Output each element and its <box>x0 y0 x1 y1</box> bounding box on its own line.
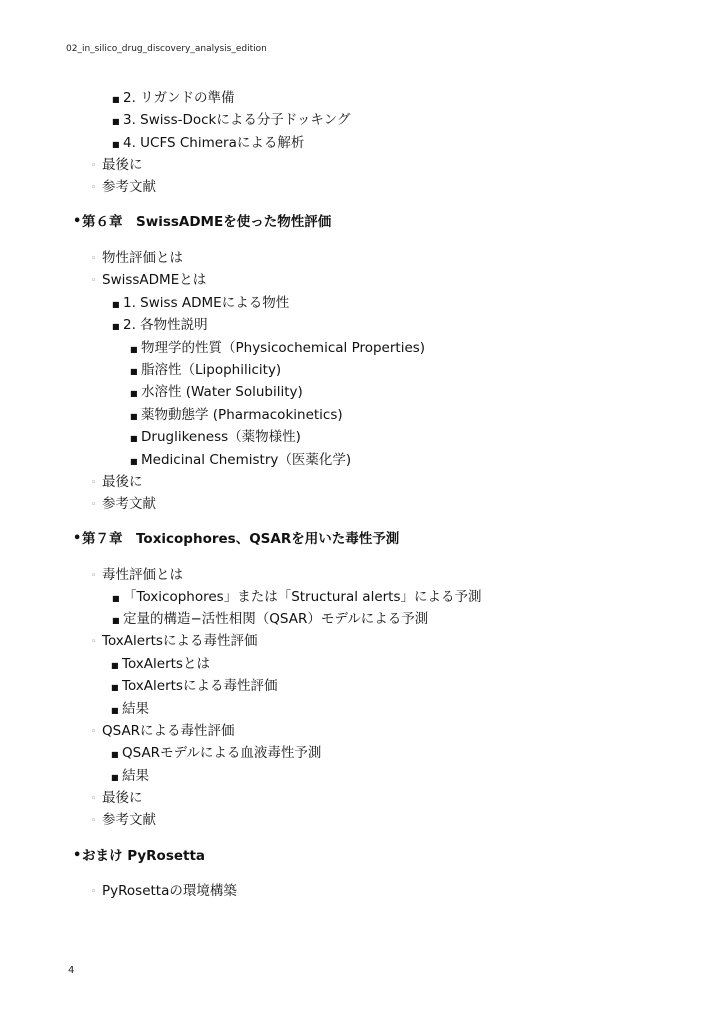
toc-subitem[interactable]: ■Medicinal Chemistry（医薬化学) <box>141 451 351 469</box>
toc-item[interactable]: ■結果 <box>122 700 149 718</box>
square-bullet-icon: ■ <box>130 453 138 471</box>
toc-subitem[interactable]: ■薬物動態学 (Pharmacokinetics) <box>141 406 343 424</box>
toc-chapter-7[interactable]: •第７章 Toxicophores、QSARを用いた毒性予測 <box>82 530 399 548</box>
dot-bullet-icon: • <box>73 530 81 548</box>
square-bullet-icon: ■ <box>130 363 138 381</box>
square-bullet-icon: ■ <box>111 746 119 764</box>
circle-bullet-icon: ◦ <box>91 790 96 808</box>
toc-item[interactable]: ■定量的構造−活性相関（QSAR）モデルによる予測 <box>123 610 428 628</box>
toc-subitem[interactable]: ■水溶性 (Water Solubility) <box>141 383 303 401</box>
toc-item[interactable]: ■ToxAlertsとは <box>122 655 210 673</box>
circle-bullet-icon: ◦ <box>91 812 96 830</box>
toc-item[interactable]: ■2. リガンドの準備 <box>123 89 235 107</box>
circle-bullet-icon: ◦ <box>91 250 96 268</box>
toc-item[interactable]: ■結果 <box>122 767 149 785</box>
toc-item[interactable]: ■2. 各物性説明 <box>123 316 208 334</box>
toc-item[interactable]: ■1. Swiss ADMEによる物性 <box>123 294 289 312</box>
circle-bullet-icon: ◦ <box>91 567 96 585</box>
toc-item[interactable]: ■QSARモデルによる血液毒性予測 <box>122 744 321 762</box>
toc-item[interactable]: ■「Toxicophores」または「Structural alerts」による… <box>123 588 482 606</box>
square-bullet-icon: ■ <box>111 657 119 675</box>
square-bullet-icon: ■ <box>112 136 120 154</box>
circle-bullet-icon: ◦ <box>91 883 96 901</box>
square-bullet-icon: ■ <box>111 702 119 720</box>
dot-bullet-icon: • <box>73 847 81 865</box>
toc-bonus[interactable]: •おまけ PyRosetta <box>82 847 205 865</box>
toc-item[interactable]: ■4. UCFS Chimeraによる解析 <box>123 134 304 152</box>
square-bullet-icon: ■ <box>111 679 119 697</box>
square-bullet-icon: ■ <box>112 318 120 336</box>
toc-section[interactable]: ◦参考文献 <box>102 811 156 829</box>
square-bullet-icon: ■ <box>130 341 138 359</box>
square-bullet-icon: ■ <box>112 612 120 630</box>
toc-chapter-6[interactable]: •第６章 SwissADMEを使った物性評価 <box>82 213 331 231</box>
toc-section[interactable]: ◦毒性評価とは <box>102 566 183 584</box>
circle-bullet-icon: ◦ <box>91 157 96 175</box>
toc-section[interactable]: ◦参考文献 <box>102 495 156 513</box>
circle-bullet-icon: ◦ <box>91 179 96 197</box>
square-bullet-icon: ■ <box>130 385 138 403</box>
page-number: 4 <box>68 965 74 976</box>
toc-section[interactable]: ◦PyRosettaの環境構築 <box>102 882 237 900</box>
circle-bullet-icon: ◦ <box>91 496 96 514</box>
circle-bullet-icon: ◦ <box>91 272 96 290</box>
toc-subitem[interactable]: ■脂溶性（Lipophilicity) <box>141 361 281 379</box>
square-bullet-icon: ■ <box>112 590 120 608</box>
square-bullet-icon: ■ <box>112 91 120 109</box>
dot-bullet-icon: • <box>73 213 81 231</box>
toc-section[interactable]: ◦参考文献 <box>102 178 156 196</box>
toc-section[interactable]: ◦ToxAlertsによる毒性評価 <box>102 632 257 650</box>
toc-section[interactable]: ◦QSARによる毒性評価 <box>102 722 235 740</box>
toc-section[interactable]: ◦物性評価とは <box>102 249 183 267</box>
running-header: 02_in_silico_drug_discovery_analysis_edi… <box>66 44 267 54</box>
toc-section[interactable]: ◦最後に <box>102 473 143 491</box>
square-bullet-icon: ■ <box>112 113 120 131</box>
toc-item[interactable]: ■ToxAlertsによる毒性評価 <box>122 677 277 695</box>
circle-bullet-icon: ◦ <box>91 633 96 651</box>
toc-subitem[interactable]: ■Druglikeness（薬物様性) <box>141 428 301 446</box>
square-bullet-icon: ■ <box>130 430 138 448</box>
toc-subitem[interactable]: ■物理学的性質（Physicochemical Properties) <box>141 339 425 357</box>
toc-section[interactable]: ◦最後に <box>102 789 143 807</box>
circle-bullet-icon: ◦ <box>91 723 96 741</box>
toc-section[interactable]: ◦SwissADMEとは <box>102 271 206 289</box>
circle-bullet-icon: ◦ <box>91 474 96 492</box>
toc-item[interactable]: ■3. Swiss-Dockによる分子ドッキング <box>123 111 350 129</box>
square-bullet-icon: ■ <box>130 408 138 426</box>
toc-section[interactable]: ◦最後に <box>102 156 143 174</box>
square-bullet-icon: ■ <box>111 769 119 787</box>
square-bullet-icon: ■ <box>112 296 120 314</box>
